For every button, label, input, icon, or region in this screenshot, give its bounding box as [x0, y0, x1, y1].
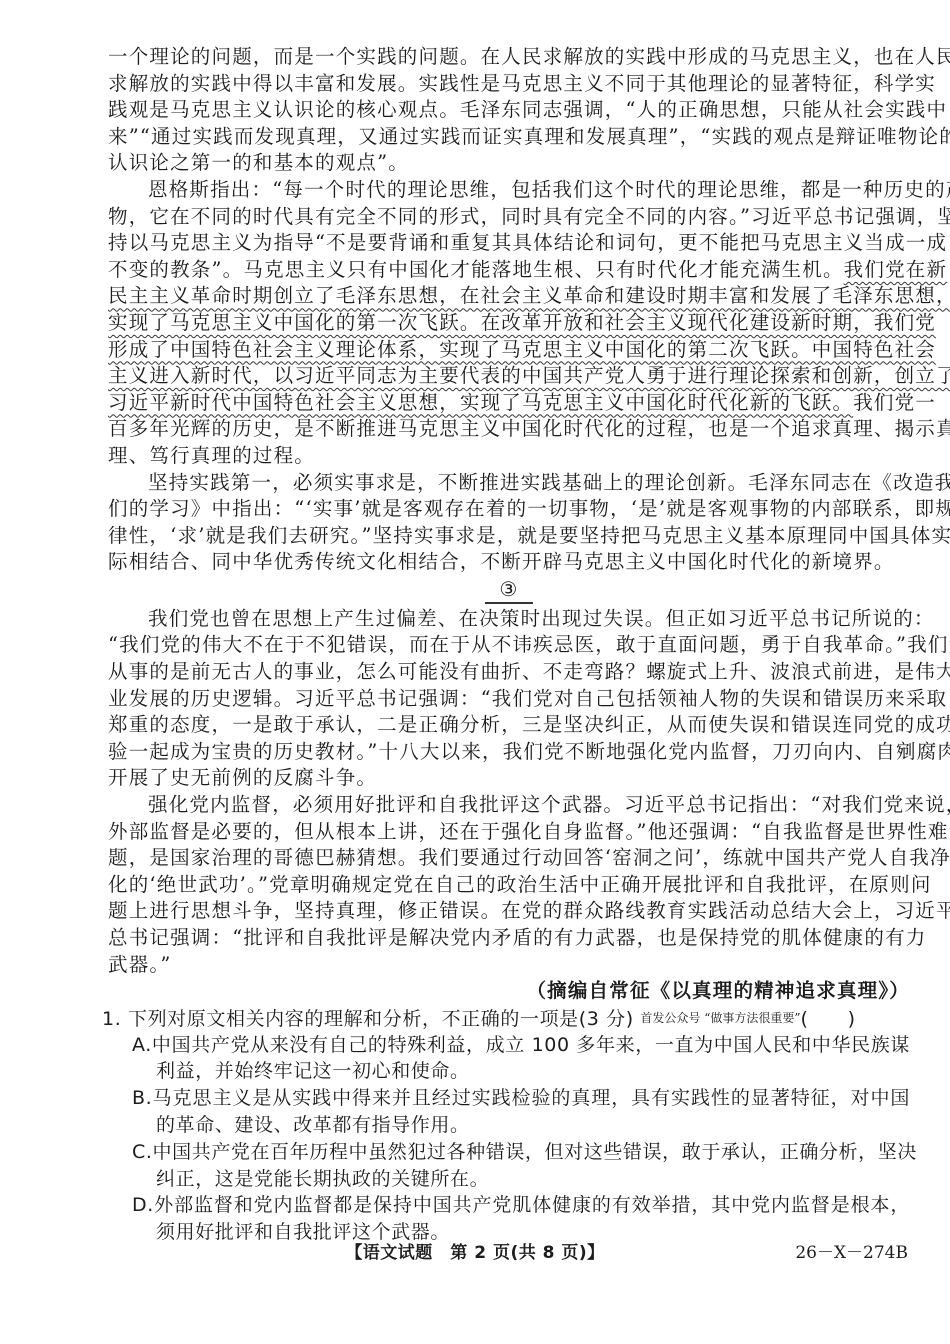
text-line: 业发展的历史逻辑。习近平总书记强调：“我们党对自己包括领袖人物的失误和错误历来采…	[108, 686, 910, 713]
text-line: 认识论之第一的和基本的观点”。	[108, 150, 910, 177]
text-line: 不变的教条”。马克思主义只有中国化才能落地生根、只有时代化才能充满生机。我们党在…	[108, 257, 910, 284]
option-line: 的革命、建设、改革都有指导作用。	[108, 1112, 910, 1139]
answer-blank[interactable]: ( )	[800, 1006, 900, 1033]
text-line: 求解放的实践中得以丰富和发展。实践性是马克思主义不同于其他理论的显著特征，科学实	[108, 71, 910, 98]
section-number: ③	[485, 576, 532, 604]
option-a[interactable]: A.中国共产党从来没有自己的特殊利益，成立 100 多年来，一直为中国人民和中华…	[108, 1032, 910, 1086]
underlined-text: 实现了马克思主义中国化的第一次飞跃。在改革开放和社会主义现代化建设新时期，我们党	[108, 311, 936, 334]
text-line: 强化党内监督，必须用好批评和自我批评这个武器。习近平总书记指出：“对我们党来说，	[108, 792, 910, 819]
option-line: C.中国共产党在百年历程中虽然犯过各种错误，但对这些错误，敢于承认，正确分析，坚…	[108, 1139, 910, 1166]
text-line: 题，是国家治理的哥德巴赫猜想。我们要通过行动回答‘窑洞之问’，练就中国共产党人自…	[108, 845, 910, 872]
option-line: 利益，并始终牢记这一初心和使命。	[108, 1058, 910, 1085]
page-footer: 【语文试题 第 2 页(共 8 页)】 26－X－274B	[0, 1234, 950, 1264]
underlined-text: 我们党在新	[844, 258, 948, 281]
text-line: 们的学习》中指出：“‘实事’就是客观存在着的一切事物，‘是’就是客观事物的内部联…	[108, 496, 910, 523]
text-line: 民主主义革命时期创立了毛泽东思想，在社会主义革命和建设时期丰富和发展了毛泽东思想…	[108, 283, 910, 310]
option-letter: D.	[132, 1194, 154, 1216]
question-text: 1. 下列对原文相关内容的理解和分析，不正确的一项是(3 分)	[102, 1008, 634, 1030]
text-line: 郑重的态度，一是敢于承认，二是正确分析，三是坚决纠正，从而使失误和错误连同党的成…	[108, 712, 910, 739]
text-line: “我们党的伟大不在于不犯错误，而在于从不讳疾忌医，敢于直面问题，勇于自我革命。”…	[108, 632, 910, 659]
text-line: 题上进行思想斗争，坚持真理，修正错误。在党的群众路线教育实践活动总结大会上，习近…	[108, 898, 910, 925]
text-line: 理、笃行真理的过程。	[108, 443, 910, 470]
exam-code: 26－X－274B	[795, 1238, 908, 1263]
option-text: 中国共产党从来没有自己的特殊利益，成立 100 多年来，一直为中国人民和中华民族…	[152, 1034, 910, 1056]
option-line: 纠正，这是党能长期执政的关键所在。	[108, 1166, 910, 1193]
option-letter: C.	[132, 1141, 153, 1163]
text-line: 实现了马克思主义中国化的第一次飞跃。在改革开放和社会主义现代化建设新时期，我们党	[108, 310, 910, 337]
text-line: 来”“通过实践而发现真理，又通过实践而证实真理和发展真理”，“实践的观点是辩证唯…	[108, 124, 910, 151]
option-letter: B.	[132, 1087, 152, 1109]
paragraph-supervision: 强化党内监督，必须用好批评和自我批评这个武器。习近平总书记指出：“对我们党来说，…	[108, 792, 910, 978]
paragraph-mistakes: 我们党也曾在思想上产生过偏差、在决策时出现过失误。但正如习近平总书记所说的： “…	[108, 606, 910, 792]
text-line: 践观是马克思主义认识论的核心观点。毛泽东同志强调，“人的正确思想，只能从社会实践…	[108, 97, 910, 124]
watermark-text: 首发公众号 “做事方法很重要”	[640, 1011, 800, 1025]
text-line: 律性，‘求’就是我们去研究。”坚持实事求是，就是要坚持把马克思主义基本原理同中国…	[108, 523, 910, 550]
text-line: 习近平新时代中国特色社会主义思想，实现了马克思主义中国化时代化新的飞跃。我们党一	[108, 390, 910, 417]
underlined-text: 民主主义革命时期创立了毛泽东思想，在社会主义革命和建设时期丰富和发展了毛泽东思想…	[108, 284, 950, 307]
section-marker: ③	[108, 576, 910, 606]
question-1: 1. 下列对原文相关内容的理解和分析，不正确的一项是(3 分) 首发公众号 “做…	[108, 1005, 910, 1246]
paragraph-engels: 恩格斯指出：“每一个时代的理论思维，包括我们这个时代的理论思维，都是一种历史的产…	[108, 177, 910, 470]
underlined-text: 形成了中国特色社会主义理论体系，实现了马克思主义中国化的第二次飞跃。中国特色社会	[108, 338, 936, 361]
text-line: 验一起成为宝贵的历史教材。”十八大以来，我们党不断地强化党内监督，刀刃向内、自剜…	[108, 739, 910, 766]
exam-page: 一个理论的问题，而是一个实践的问题。在人民求解放的实践中形成的马克思主义，也在人…	[108, 44, 910, 1246]
paragraph-seek-truth: 坚持实践第一，必须实事求是，不断推进实践基础上的理论创新。毛泽东同志在《改造我 …	[108, 470, 910, 576]
option-text: 中国共产党在百年历程中虽然犯过各种错误，但对这些错误，敢于承认，正确分析，坚决	[153, 1141, 917, 1163]
text-line: 恩格斯指出：“每一个时代的理论思维，包括我们这个时代的理论思维，都是一种历史的产	[108, 177, 910, 204]
text-line: 从事的是前无古人的事业，怎么可能没有曲折、不走弯路？螺旋式上升、波浪式前进，是伟…	[108, 659, 910, 686]
source-citation: （摘编自常征《以真理的精神追求真理》）	[108, 978, 910, 1005]
underlined-text: 习近平新时代中国特色社会主义思想，实现了马克思主义中国化时代化新的飞跃。	[108, 391, 853, 414]
text-segment: 不变的教条”。马克思主义只有中国化才能落地生根、只有时代化才能充满生机。	[108, 258, 844, 281]
text-line: 际相结合、同中华优秀传统文化相结合，不断开辟马克思主义中国化时代化的新境界。	[108, 549, 910, 576]
text-line: 外部监督是必要的，但从根本上讲，还在于强化自身监督。”他还强调：“自我监督是世界…	[108, 819, 910, 846]
text-line: 百多年光辉的历史，是不断推进马克思主义中国化时代化的过程，也是一个追求真理、揭示…	[108, 416, 910, 443]
text-line: 总书记强调：“批评和自我批评是解决党内矛盾的有力武器，也是保持党的肌体健康的有力	[108, 925, 910, 952]
option-text: 外部监督和党内监督都是保持中国共产党肌体健康的有效举措，其中党内监督是根本，	[154, 1194, 910, 1216]
text-line: 坚持实践第一，必须实事求是，不断推进实践基础上的理论创新。毛泽东同志在《改造我	[108, 470, 910, 497]
question-stem: 1. 下列对原文相关内容的理解和分析，不正确的一项是(3 分) 首发公众号 “做…	[102, 1005, 910, 1032]
text-segment: 我们党一	[853, 391, 936, 414]
option-b[interactable]: B.马克思主义是从实践中得来并且经过实践检验的真理，具有实践性的显著特征，对中国…	[108, 1085, 910, 1139]
text-line: 我们党也曾在思想上产生过偏差、在决策时出现过失误。但正如习近平总书记所说的：	[108, 606, 910, 633]
paragraph-practice: 一个理论的问题，而是一个实践的问题。在人民求解放的实践中形成的马克思主义，也在人…	[108, 44, 910, 177]
option-line: B.马克思主义是从实践中得来并且经过实践检验的真理，具有实践性的显著特征，对中国	[108, 1085, 910, 1112]
text-line: 武器。”	[108, 952, 910, 979]
option-line: D.外部监督和党内监督都是保持中国共产党肌体健康的有效举措，其中党内监督是根本，	[108, 1192, 910, 1219]
text-line: 一个理论的问题，而是一个实践的问题。在人民求解放的实践中形成的马克思主义，也在人…	[108, 44, 910, 71]
option-line: A.中国共产党从来没有自己的特殊利益，成立 100 多年来，一直为中国人民和中华…	[108, 1032, 910, 1059]
text-line: 物，它在不同的时代具有完全不同的形式，同时具有完全不同的内容。”习近平总书记强调…	[108, 204, 910, 231]
text-line: 主义进入新时代，以习近平同志为主要代表的中国共产党人勇于进行理论探索和创新，创立…	[108, 363, 910, 390]
text-line: 形成了中国特色社会主义理论体系，实现了马克思主义中国化的第二次飞跃。中国特色社会	[108, 337, 910, 364]
text-line: 持以马克思主义为指导“不是要背诵和重复其具体结论和词句，更不能把马克思主义当成一…	[108, 230, 910, 257]
option-c[interactable]: C.中国共产党在百年历程中虽然犯过各种错误，但对这些错误，敢于承认，正确分析，坚…	[108, 1139, 910, 1193]
text-line: 开展了史无前例的反腐斗争。	[108, 765, 910, 792]
option-letter: A.	[132, 1034, 152, 1056]
text-line: 化的‘绝世武功’。”党章明确规定党在自己的政治生活中正确开展批评和自我批评，在原…	[108, 872, 910, 899]
option-text: 马克思主义是从实践中得来并且经过实践检验的真理，具有实践性的显著特征，对中国	[152, 1087, 910, 1109]
underlined-text: 主义进入新时代，以习近平同志为主要代表的中国共产党人勇于进行理论探索和创新，创立…	[108, 364, 950, 387]
